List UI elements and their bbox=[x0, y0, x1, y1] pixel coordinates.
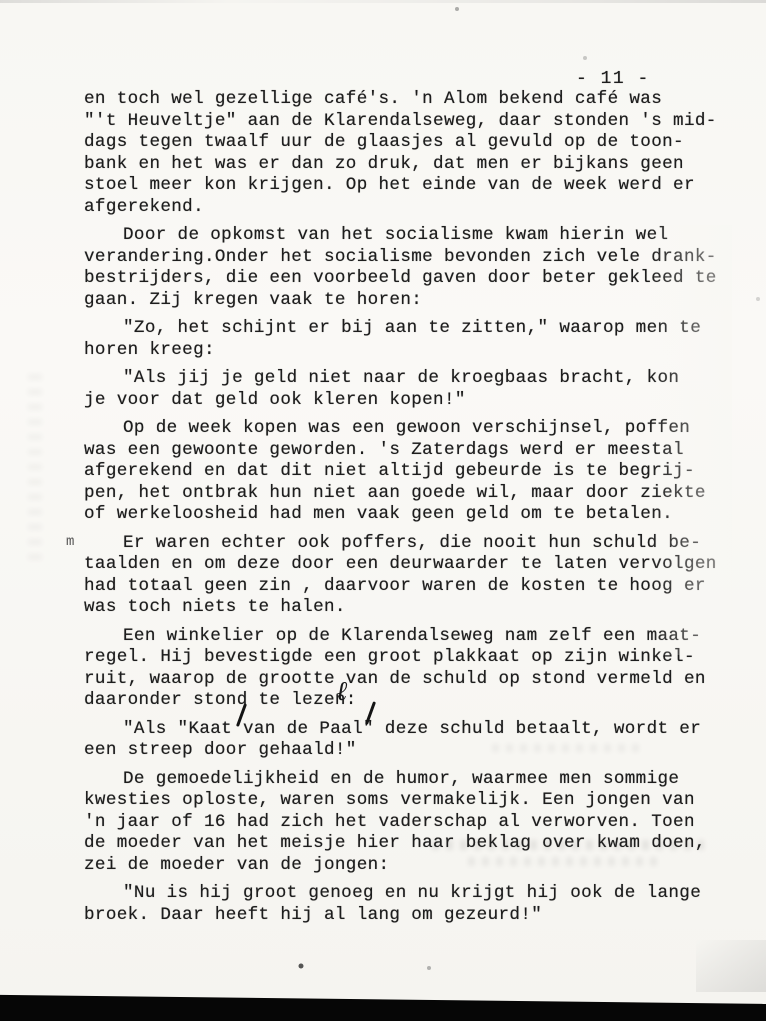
margin-stray-letter: m bbox=[66, 534, 74, 550]
paragraph: Er waren echter ook poffers, die nooit h… bbox=[84, 533, 724, 619]
text-line: zei de moeder van de jongen: bbox=[84, 855, 724, 877]
scan-edge-top bbox=[0, 0, 766, 3]
text-line: Op de week kopen was een gewoon verschij… bbox=[84, 418, 724, 440]
paragraph: "Als "Kaat van de Paal" deze schuld beta… bbox=[84, 719, 724, 762]
bleed-through-smudge bbox=[28, 370, 42, 560]
ink-correction-script-l: ℓ bbox=[336, 678, 347, 705]
text-line: Een winkelier op de Klarendalseweg nam z… bbox=[84, 626, 724, 648]
paragraph: "Nu is hij groot genoeg en nu krijgt hij… bbox=[84, 883, 724, 926]
paragraph: De gemoedelijkheid en de humor, waarmee … bbox=[84, 769, 724, 877]
text-line: dags tegen twaalf uur de glaasjes al gev… bbox=[84, 132, 724, 154]
text-line: taalden en om deze door een deurwaarder … bbox=[84, 554, 724, 576]
text-line: kwesties oploste, waren soms vermakelijk… bbox=[84, 790, 724, 812]
text-line: De gemoedelijkheid en de humor, waarmee … bbox=[84, 769, 724, 791]
text-line: Er waren echter ook poffers, die nooit h… bbox=[84, 533, 724, 555]
scan-specks bbox=[0, 0, 2, 2]
text-line: "Als jij je geld niet naar de kroegbaas … bbox=[84, 368, 724, 390]
text-line: afgerekend. bbox=[84, 197, 724, 219]
text-line: broek. Daar heeft hij al lang om gezeurd… bbox=[84, 905, 724, 927]
paragraph: "Als jij je geld niet naar de kroegbaas … bbox=[84, 368, 724, 411]
paragraph: Door de opkomst van het socialisme kwam … bbox=[84, 225, 724, 311]
text-line: had totaal geen zin , daarvoor waren de … bbox=[84, 576, 724, 598]
text-block: en toch wel gezellige café's. 'n Alom be… bbox=[84, 89, 724, 933]
text-line: "Zo, het schijnt er bij aan te zitten," … bbox=[84, 318, 724, 340]
paragraph: Een winkelier op de Klarendalseweg nam z… bbox=[84, 626, 724, 712]
text-line: en toch wel gezellige café's. 'n Alom be… bbox=[84, 89, 724, 111]
scan-corner-shade bbox=[696, 940, 766, 992]
text-line: gaan. Zij kregen vaak te horen: bbox=[84, 290, 724, 312]
text-line: pen, het ontbrak hun niet aan goede wil,… bbox=[84, 483, 724, 505]
text-line: de moeder van het meisje hier haar bekla… bbox=[84, 833, 724, 855]
text-line: je voor dat geld ook kleren kopen!" bbox=[84, 390, 724, 412]
text-line: daaronder stond te lezen: bbox=[84, 690, 724, 712]
text-line: verandering.Onder het socialisme bevonde… bbox=[84, 247, 724, 269]
text-line: "Nu is hij groot genoeg en nu krijgt hij… bbox=[84, 883, 724, 905]
scan-edge-bottom bbox=[0, 991, 766, 1021]
text-line: "'t Heuveltje" aan de Klarendalseweg, da… bbox=[84, 111, 724, 133]
text-line: afgerekend en dat dit niet altijd gebeur… bbox=[84, 461, 724, 483]
text-line: was toch niets te halen. bbox=[84, 597, 724, 619]
text-line: bestrijders, die een voorbeeld gaven doo… bbox=[84, 268, 724, 290]
text-line: 'n jaar of 16 had zich het vaderschap al… bbox=[84, 812, 724, 834]
page-number: - 11 - bbox=[576, 69, 650, 89]
document-page: - 11 - en toch wel gezellige café's. 'n … bbox=[0, 0, 766, 1021]
text-line: ruit, waarop de grootte van de schuld op… bbox=[84, 669, 724, 691]
text-line: of werkeloosheid had men vaak geen geld … bbox=[84, 504, 724, 526]
text-line: was een gewoonte geworden. 's Zaterdags … bbox=[84, 440, 724, 462]
text-line: "Als "Kaat van de Paal" deze schuld beta… bbox=[84, 719, 724, 741]
text-line: bank en het was er dan zo druk, dat men … bbox=[84, 154, 724, 176]
text-line: Door de opkomst van het socialisme kwam … bbox=[84, 225, 724, 247]
text-line: regel. Hij bevestigde een groot plakkaat… bbox=[84, 647, 724, 669]
text-line: stoel meer kon krijgen. Op het einde van… bbox=[84, 175, 724, 197]
text-line: horen kreeg: bbox=[84, 340, 724, 362]
paragraph: Op de week kopen was een gewoon verschij… bbox=[84, 418, 724, 526]
paragraph: en toch wel gezellige café's. 'n Alom be… bbox=[84, 89, 724, 218]
text-line: een streep door gehaald!" bbox=[84, 740, 724, 762]
paragraph: "Zo, het schijnt er bij aan te zitten," … bbox=[84, 318, 724, 361]
